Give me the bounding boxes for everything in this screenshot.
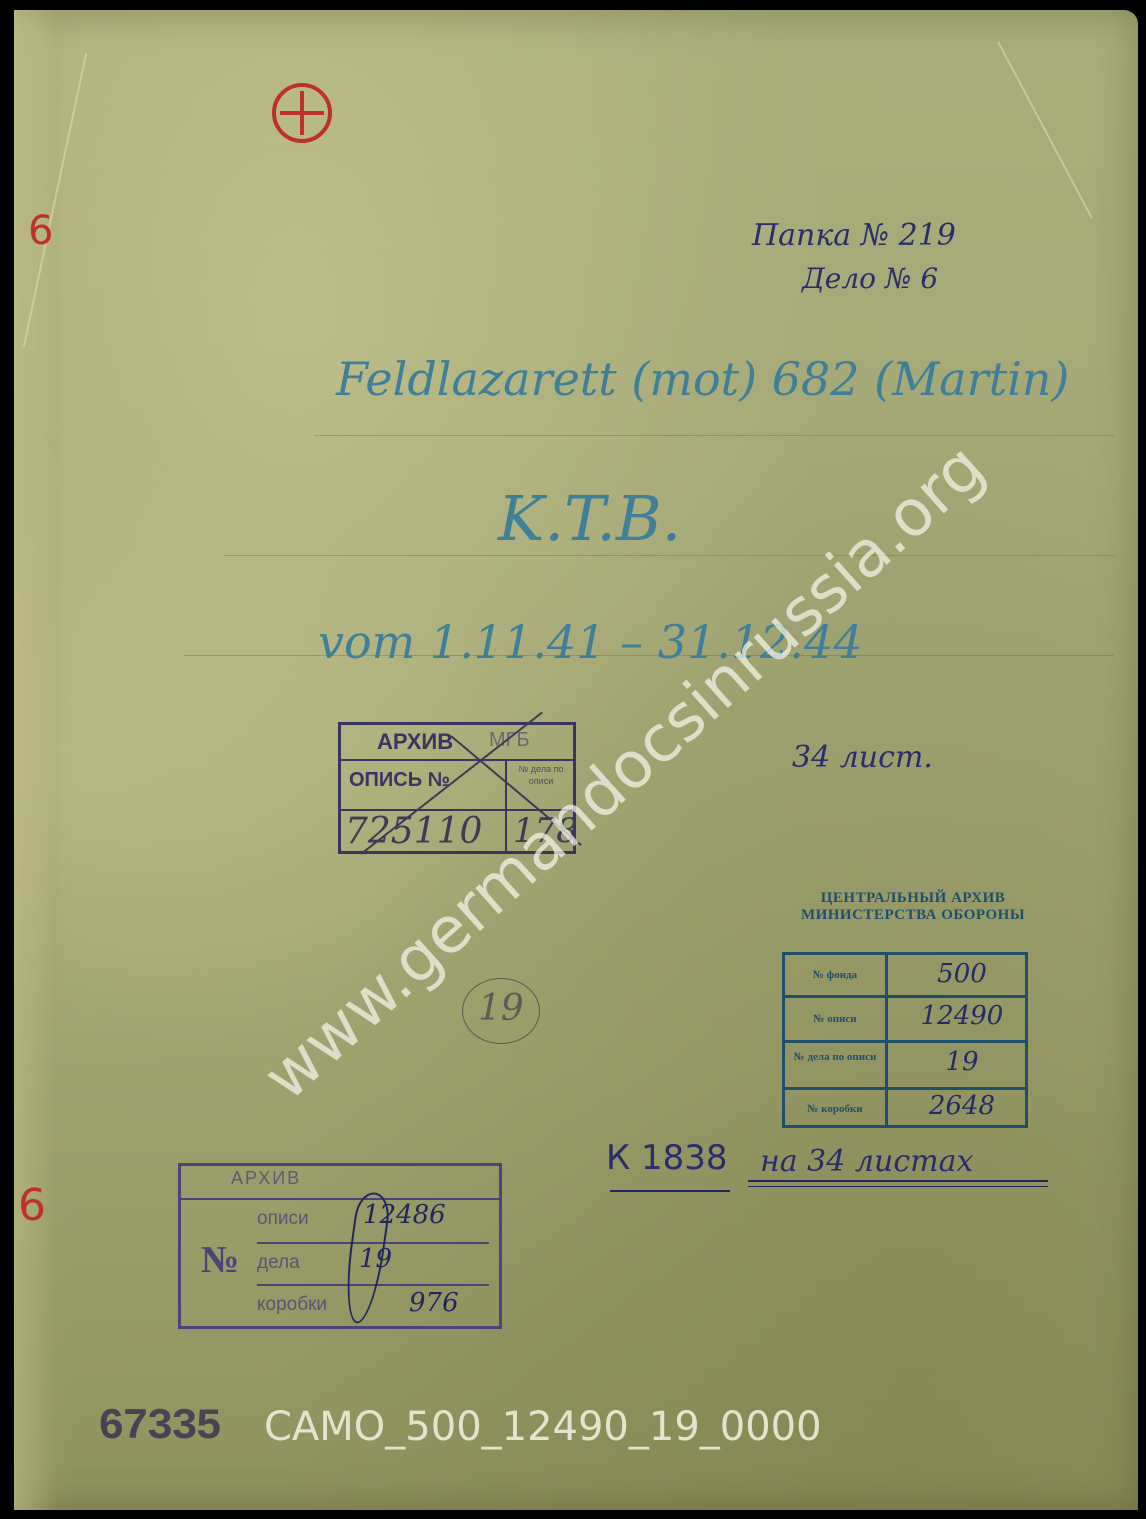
ruled-line	[224, 555, 1114, 556]
crease-line	[997, 41, 1093, 219]
file-identifier: CAMO_500_12490_19_0000	[264, 1404, 822, 1450]
stamp-title: АРХИВ	[377, 729, 453, 755]
box-label: коробки	[257, 1294, 327, 1316]
sheets-note: на 34 листах	[760, 1144, 973, 1179]
k-number: К 1838	[606, 1138, 727, 1178]
underline	[748, 1186, 1048, 1187]
opis-value: 725110	[345, 811, 482, 852]
camo-header-line1: ЦЕНТРАЛЬНЫЙ АРХИВ	[788, 890, 1038, 907]
old-archive-stamp: АРХИВ описи 12486 № дела 19 коробки 976	[178, 1163, 502, 1329]
delo-label: дела	[257, 1252, 300, 1274]
camo-archive-stamp: № фонда 500 № описи 12490 № дела по опис…	[782, 952, 1028, 1128]
underline	[610, 1190, 730, 1192]
opis-label: № описи	[789, 1013, 881, 1025]
delo-value: 19	[897, 1047, 1027, 1077]
red-cross-circle-icon	[272, 83, 332, 143]
case-number-note: Дело № 6	[802, 262, 938, 295]
stamped-inventory-number: 67335	[98, 1402, 220, 1452]
sheet-count-note: 34 лист.	[792, 740, 933, 775]
box-value: 2648	[897, 1091, 1027, 1121]
number-sign: №	[201, 1238, 239, 1282]
folder-number-note: Папка № 219	[752, 218, 956, 253]
underline	[748, 1180, 1048, 1182]
ktb-title: K.T.B.	[498, 482, 681, 555]
opis-value: 12490	[897, 1001, 1027, 1031]
camo-header-line2: МИНИСТЕРСТВА ОБОРОНЫ	[788, 907, 1038, 924]
opis-label: описи	[257, 1208, 309, 1230]
box-label: № коробки	[789, 1103, 881, 1115]
margin-number-top: 6	[28, 208, 53, 254]
margin-number-bottom: 6	[18, 1180, 46, 1231]
opis-label: ОПИСЬ №	[349, 769, 450, 792]
box-value: 976	[409, 1288, 459, 1318]
circled-number-text: 19	[478, 988, 524, 1029]
fond-value: 500	[897, 959, 1027, 989]
ruled-line	[314, 435, 1114, 436]
fond-label: № фонда	[789, 969, 881, 981]
camo-stamp-header: ЦЕНТРАЛЬНЫЙ АРХИВ МИНИСТЕРСТВА ОБОРОНЫ	[788, 890, 1038, 924]
stamp-title: АРХИВ	[231, 1168, 301, 1189]
unit-title: Feldlazarett (mot) 682 (Martin)	[336, 352, 1069, 406]
delo-label: № дела по описи	[789, 1051, 881, 1063]
